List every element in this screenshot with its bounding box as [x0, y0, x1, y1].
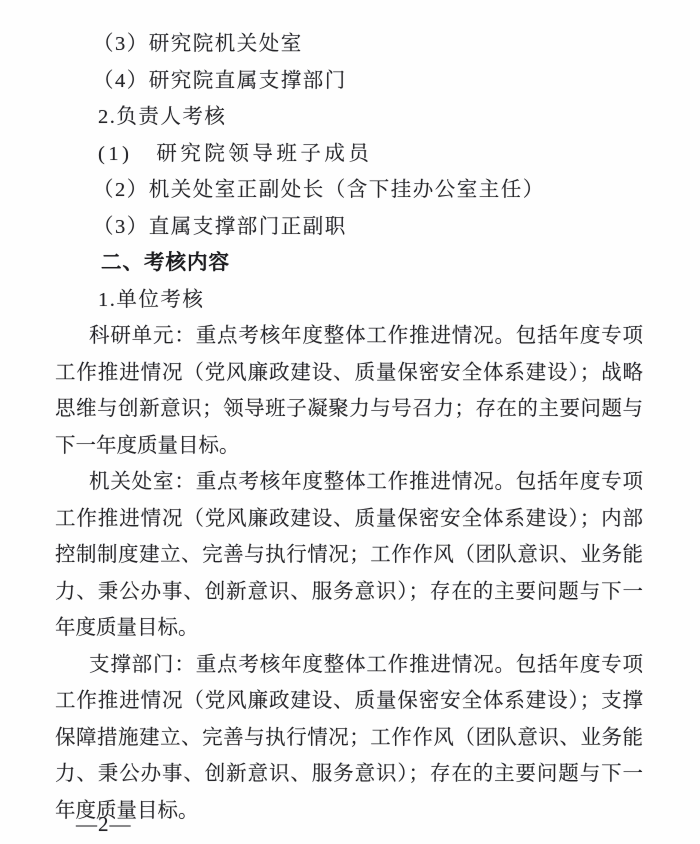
text-line: （3）直属支撑部门正副职 — [55, 209, 643, 246]
text-line: 力、秉公办事、创新意识、服务意识）；存在的主要问题与下一 — [55, 756, 643, 793]
text-line: 工作推进情况（党风廉政建设、质量保密安全体系建设）；战略 — [55, 355, 643, 392]
text-line: （4）研究院直属支撑部门 — [55, 63, 643, 100]
text-line: 保障措施建立、完善与执行情况；工作作风（团队意识、业务能 — [55, 720, 643, 757]
text-line: 2.负责人考核 — [55, 99, 643, 136]
text-line: 年度质量目标。 — [55, 610, 643, 647]
text-line: 支撑部门：重点考核年度整体工作推进情况。包括年度专项 — [55, 647, 643, 684]
text-line: 力、秉公办事、创新意识、服务意识）；存在的主要问题与下一 — [55, 574, 643, 611]
text-line: 科研单元：重点考核年度整体工作推进情况。包括年度专项 — [55, 318, 643, 355]
text-line: 工作推进情况（党风廉政建设、质量保密安全体系建设）；内部 — [55, 501, 643, 538]
text-line: 二、考核内容 — [55, 245, 643, 282]
text-line: 年度质量目标。 — [55, 793, 643, 830]
document-text-block: （3）研究院机关处室（4）研究院直属支撑部门2.负责人考核(1) 研究院领导班子… — [55, 26, 643, 829]
text-line: （3）研究院机关处室 — [55, 26, 643, 63]
page-number: —2— — [76, 812, 132, 836]
text-line: 下一年度质量目标。 — [55, 428, 643, 465]
document-page: （3）研究院机关处室（4）研究院直属支撑部门2.负责人考核(1) 研究院领导班子… — [0, 0, 700, 844]
text-line: 工作推进情况（党风廉政建设、质量保密安全体系建设）；支撑 — [55, 683, 643, 720]
text-line: 控制制度建立、完善与执行情况；工作作风（团队意识、业务能 — [55, 537, 643, 574]
text-line: (1) 研究院领导班子成员 — [55, 136, 643, 173]
text-line: （2）机关处室正副处长（含下挂办公室主任） — [55, 172, 643, 209]
text-line: 1.单位考核 — [55, 282, 643, 319]
text-line: 机关处室：重点考核年度整体工作推进情况。包括年度专项 — [55, 464, 643, 501]
text-line: 思维与创新意识；领导班子凝聚力与号召力；存在的主要问题与 — [55, 391, 643, 428]
